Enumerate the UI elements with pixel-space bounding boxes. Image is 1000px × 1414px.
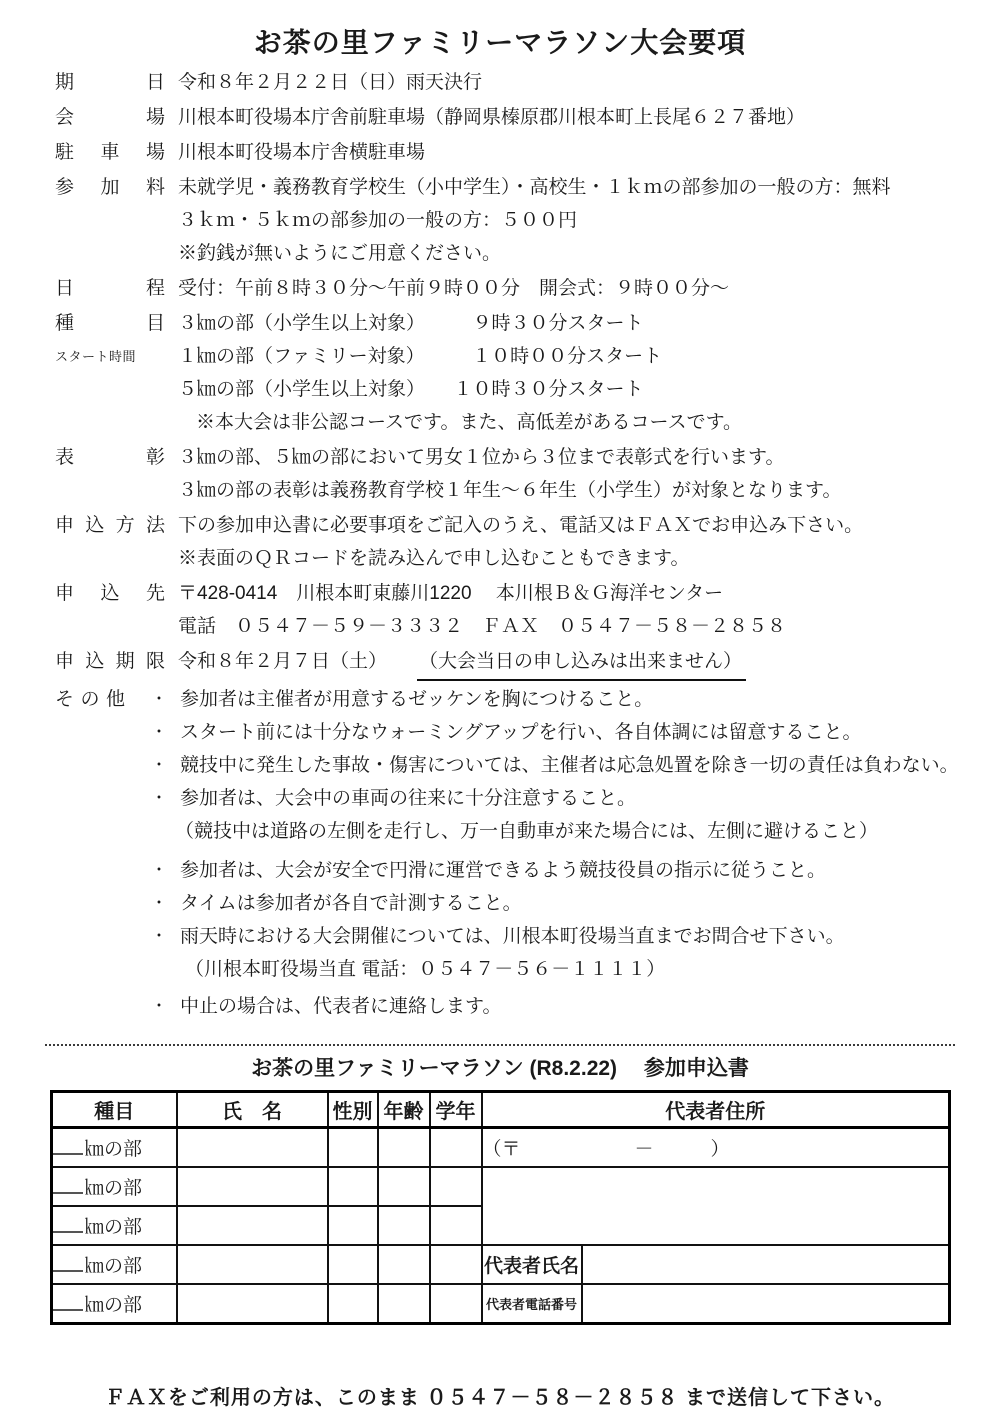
awards-line: ３㎞の部、５㎞の部において男女１位から３位まで表彰式を行います。: [178, 441, 841, 474]
sections: 期日 令和８年２月２２日（日）雨天決行 会場 川根本町役場本庁舎前駐車場（静岡県…: [55, 66, 945, 1023]
header-age: 年齢: [378, 1092, 430, 1128]
bullet-marker: ・: [125, 683, 180, 716]
age-cell: [378, 1167, 430, 1206]
deadline-line: 令和８年２月７日（土）（大会当日の申し込みは出来ません）: [178, 645, 746, 681]
category-label: ㎞の部: [85, 1178, 142, 1199]
category-label: ㎞の部: [85, 1217, 142, 1238]
section-label-schedule: 日程: [55, 272, 165, 305]
date-text: 令和８年２月２２日（日）雨天決行: [178, 66, 482, 99]
apply-line: 下の参加申込書に必要事項をご記入のうえ、電話又はＦＡＸでお申込み下さい。: [178, 509, 863, 542]
rep-address-cell: [482, 1167, 950, 1245]
event-line-5km: ５㎞の部（小学生以上対象） １０時３０分スタート: [178, 373, 742, 406]
bullet-marker: ・: [125, 990, 180, 1023]
category-cell: ㎞の部: [52, 1245, 177, 1284]
table-row: ㎞の部: [52, 1167, 950, 1206]
sex-cell: [328, 1284, 378, 1324]
other-item-text: スタート前には十分なウォーミングアップを行い、各自体調には留意すること。: [180, 716, 862, 749]
grade-cell: [430, 1128, 482, 1168]
section-other: その他 ・参加者は主催者が用意するゼッケンを胸につけること。 ・スタート前には十…: [55, 683, 945, 1023]
event-line-3km: ３㎞の部（小学生以上対象） ９時３０分スタート: [178, 307, 742, 340]
deadline-date: 令和８年２月７日（土）: [178, 651, 387, 672]
age-cell: [378, 1284, 430, 1324]
category-cell: ㎞の部: [52, 1167, 177, 1206]
section-label-fee: 参加料: [55, 171, 165, 204]
event-line-1km: １㎞の部（ファミリー対象） １０時００分スタート: [178, 340, 742, 373]
category-cell: ㎞の部: [52, 1206, 177, 1245]
section-label-awards: 表彰: [55, 441, 165, 474]
notice-section: お茶の里ファミリーマラソン大会要項 期日 令和８年２月２２日（日）雨天決行 会場…: [0, 0, 1000, 1023]
list-item: ・参加者は、大会中の車両の往来に十分注意すること。: [125, 782, 945, 815]
apply-phone-fax: 電話 ０５４７－５９－３３３２ ＦＡＸ ０５４７－５８－２８５８: [178, 610, 786, 643]
sex-cell: [328, 1128, 378, 1168]
rep-name-cell: [582, 1245, 950, 1284]
section-label-deadline: 申込期限: [55, 645, 165, 678]
distance-blank: [53, 1192, 83, 1194]
section-sublabel-start-time: スタート時間: [55, 340, 165, 373]
section-label-other: その他: [55, 683, 125, 716]
parking-text: 川根本町役場本庁舎横駐車場: [178, 136, 425, 169]
section-fee: 参加料 未就学児・義務教育学校生（小中学生）・高校生・１ｋｍの部参加の一般の方：…: [55, 171, 945, 270]
document-page: お茶の里ファミリーマラソン大会要項 期日 令和８年２月２２日（日）雨天決行 会場…: [0, 0, 1000, 1414]
venue-text: 川根本町役場本庁舎前駐車場（静岡県榛原郡川根本町上長尾６２７番地）: [178, 101, 805, 134]
form-title: お茶の里ファミリーマラソン (R8.2.22) 参加申込書: [0, 1054, 1000, 1083]
distance-blank: [53, 1270, 83, 1272]
application-form-section: お茶の里ファミリーマラソン (R8.2.22) 参加申込書 種目 氏 名 性別 …: [0, 1044, 1000, 1410]
header-name: 氏 名: [177, 1092, 328, 1128]
age-cell: [378, 1245, 430, 1284]
name-cell: [177, 1167, 328, 1206]
section-how-to-apply: 申込方法 下の参加申込書に必要事項をご記入のうえ、電話又はＦＡＸでお申込み下さい…: [55, 509, 945, 575]
other-item-text: 参加者は、大会が安全で円滑に運営できるよう競技役員の指示に従うこと。: [180, 854, 826, 887]
name-cell: [177, 1206, 328, 1245]
awards-line: ３㎞の部の表彰は義務教育学校１年生～６年生（小学生）が対象となります。: [178, 474, 841, 507]
sex-cell: [328, 1206, 378, 1245]
application-table: 種目 氏 名 性別 年齢 学年 代表者住所 ㎞の部 （〒 － ） ㎞の部: [50, 1090, 951, 1325]
header-rep-address: 代表者住所: [482, 1092, 950, 1128]
other-item-text: 競技中に発生した事故・傷害については、主催者は応急処置を除き一切の責任は負わない…: [180, 749, 959, 782]
bullet-marker: ・: [125, 716, 180, 749]
cut-line-separator: [45, 1044, 955, 1046]
fee-line: 未就学児・義務教育学校生（小中学生）・高校生・１ｋｍの部参加の一般の方：無料: [178, 171, 891, 204]
grade-cell: [430, 1206, 482, 1245]
list-item: ・競技中に発生した事故・傷害については、主催者は応急処置を除き一切の責任は負わな…: [125, 749, 945, 782]
distance-blank: [53, 1231, 83, 1233]
fax-instruction: ＦＡＸをご利用の方は、このまま ０５４７－５８－２８５８ まで送信して下さい。: [0, 1381, 1000, 1410]
name-cell: [177, 1245, 328, 1284]
page-title: お茶の里ファミリーマラソン大会要項: [55, 28, 945, 58]
section-events: 種目 スタート時間 ３㎞の部（小学生以上対象） ９時３０分スタート １㎞の部（フ…: [55, 307, 945, 439]
list-item: ・中止の場合は、代表者に連絡します。: [125, 990, 945, 1023]
section-awards: 表彰 ３㎞の部、５㎞の部において男女１位から３位まで表彰式を行います。 ３㎞の部…: [55, 441, 945, 507]
bullet-marker: ・: [125, 920, 180, 953]
postal-code-cell: （〒 － ）: [482, 1128, 950, 1168]
schedule-text: 受付：午前８時３０分～午前９時００分 開会式：９時００分～: [178, 272, 729, 305]
sex-cell: [328, 1245, 378, 1284]
section-deadline: 申込期限 令和８年２月７日（土）（大会当日の申し込みは出来ません）: [55, 645, 945, 681]
fee-line: ３ｋｍ・５ｋｍの部参加の一般の方：５００円: [178, 204, 891, 237]
other-item-text: 中止の場合は、代表者に連絡します。: [180, 990, 501, 1023]
bullet-marker: ・: [125, 854, 180, 887]
other-item-text: 参加者は、大会中の車両の往来に十分注意すること。: [180, 782, 636, 815]
header-grade: 学年: [430, 1092, 482, 1128]
distance-blank: [53, 1309, 83, 1311]
section-date: 期日 令和８年２月２２日（日）雨天決行: [55, 66, 945, 99]
rep-phone-cell: [582, 1284, 950, 1324]
category-cell: ㎞の部: [52, 1284, 177, 1324]
section-parking: 駐車場 川根本町役場本庁舎横駐車場: [55, 136, 945, 169]
category-label: ㎞の部: [85, 1256, 142, 1277]
section-label-parking: 駐車場: [55, 136, 165, 169]
table-row: ㎞の部 （〒 － ）: [52, 1128, 950, 1168]
section-venue: 会場 川根本町役場本庁舎前駐車場（静岡県榛原郡川根本町上長尾６２７番地）: [55, 101, 945, 134]
list-item-note: （競技中は道路の左側を走行し、万一自動車が来た場合には、左側に避けること）: [125, 815, 945, 848]
header-sex: 性別: [328, 1092, 378, 1128]
list-item: ・スタート前には十分なウォーミングアップを行い、各自体調には留意すること。: [125, 716, 945, 749]
fee-note: ※釣銭が無いようにご用意ください。: [178, 237, 891, 270]
section-label-date: 期日: [55, 66, 165, 99]
table-row: ㎞の部 代表者氏名: [52, 1245, 950, 1284]
rep-phone-label: 代表者電話番号: [482, 1284, 582, 1324]
list-item: ・参加者は、大会が安全で円滑に運営できるよう競技役員の指示に従うこと。: [125, 854, 945, 887]
list-item: ・参加者は主催者が用意するゼッケンを胸につけること。: [125, 683, 945, 716]
course-note: ※本大会は非公認コースです。また、高低差があるコースです。: [178, 406, 742, 439]
bullet-marker: ・: [125, 887, 180, 920]
grade-cell: [430, 1245, 482, 1284]
list-item: ・雨天時における大会開催については、川根本町役場当直までお問合せ下さい。: [125, 920, 945, 953]
list-item: ・タイムは参加者が各自で計測すること。: [125, 887, 945, 920]
category-label: ㎞の部: [85, 1295, 142, 1316]
bullet-marker: ・: [125, 749, 180, 782]
table-row: ㎞の部 代表者電話番号: [52, 1284, 950, 1324]
name-cell: [177, 1284, 328, 1324]
bullet-marker: ・: [125, 782, 180, 815]
distance-blank: [53, 1153, 83, 1155]
age-cell: [378, 1128, 430, 1168]
other-item-text: 参加者は主催者が用意するゼッケンを胸につけること。: [180, 683, 653, 716]
age-cell: [378, 1206, 430, 1245]
other-item-text: タイムは参加者が各自で計測すること。: [180, 887, 522, 920]
list-item-note: （川根本町役場当直 電話：０５４７－５６－１１１１）: [125, 953, 945, 986]
section-label-apply-to: 申込先: [55, 577, 165, 610]
section-label-venue: 会場: [55, 101, 165, 134]
section-label-how-to-apply: 申込方法: [55, 509, 165, 542]
apply-address: 〒428-0414 川根本町東藤川1220 本川根Ｂ＆Ｇ海洋センター: [178, 577, 786, 610]
header-category: 種目: [52, 1092, 177, 1128]
grade-cell: [430, 1167, 482, 1206]
category-label: ㎞の部: [85, 1139, 142, 1160]
section-apply-to: 申込先 〒428-0414 川根本町東藤川1220 本川根Ｂ＆Ｇ海洋センター 電…: [55, 577, 945, 643]
section-schedule: 日程 受付：午前８時３０分～午前９時００分 開会式：９時００分～: [55, 272, 945, 305]
qr-note: ※表面のＱＲコードを読み込んで申し込むこともできます。: [178, 542, 863, 575]
name-cell: [177, 1128, 328, 1168]
other-item-text: 雨天時における大会開催については、川根本町役場当直までお問合せ下さい。: [180, 920, 845, 953]
table-header-row: 種目 氏 名 性別 年齢 学年 代表者住所: [52, 1092, 950, 1128]
grade-cell: [430, 1284, 482, 1324]
deadline-warning: （大会当日の申し込みは出来ません）: [417, 645, 746, 681]
section-label-events: 種目: [55, 307, 165, 340]
rep-name-label: 代表者氏名: [482, 1245, 582, 1284]
category-cell: ㎞の部: [52, 1128, 177, 1168]
sex-cell: [328, 1167, 378, 1206]
